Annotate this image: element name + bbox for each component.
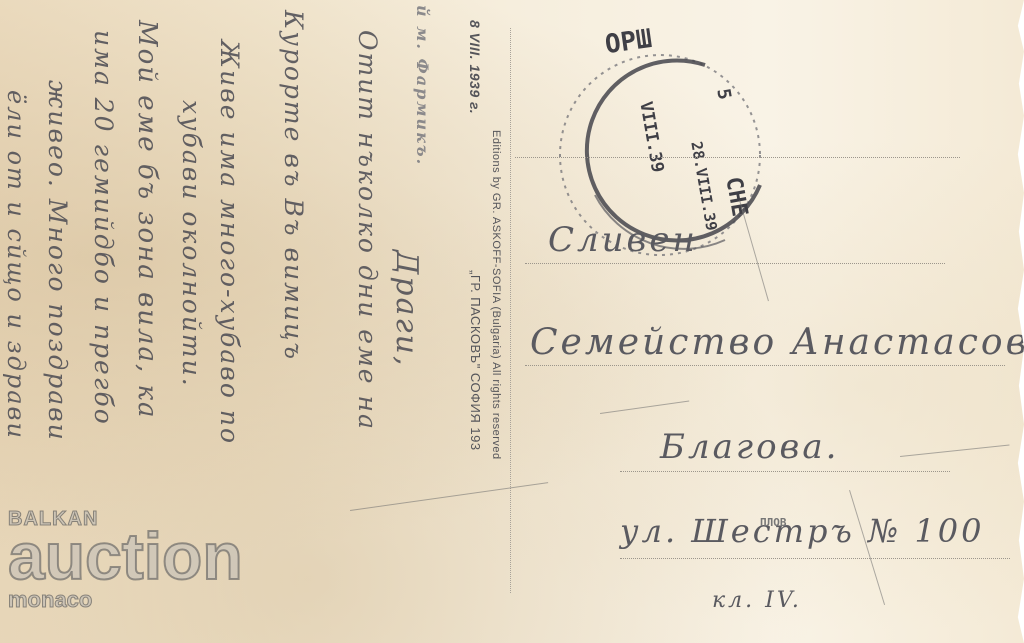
address-rule: [515, 157, 960, 158]
pencil-stroke: [350, 482, 548, 511]
address-rule: [525, 365, 1005, 366]
address-rule: [620, 558, 1010, 559]
message-line: ёли от и сйщо и здрави: [2, 90, 30, 440]
address-apartment: кл. IV.: [712, 588, 802, 613]
card-divider: [510, 28, 511, 593]
message-line: има 20 гемийдбо и прегбо: [89, 30, 118, 426]
message-line: Курорте въ Въ вимицъ: [279, 10, 308, 361]
address-stamp-fragment: ПЛОВ: [760, 516, 787, 529]
postcard-back: ёли от и сйщо и здрави живео. Много позд…: [0, 0, 1024, 643]
publisher-imprint-line-1: „ГР. ПАСКОВЪ" СОФИЯ 193: [468, 270, 483, 451]
address-rule: [620, 471, 950, 472]
address-recipient: Семейство Анастасови: [530, 322, 1024, 363]
address-street: ул. Шестръ № 100: [620, 512, 985, 550]
address-name-line: Благова.: [660, 427, 839, 467]
message-line: Живе има много-хубаво по: [215, 40, 244, 445]
pencil-stroke: [600, 400, 689, 414]
address-city: Сливен: [548, 220, 698, 260]
publisher-imprint-line-2: Editions by GR. ASKOFF-SOFIA (Bulgaria) …: [490, 130, 502, 460]
address-rule: [525, 263, 945, 264]
message-line: хубави околнойти.: [177, 100, 206, 388]
message-line: Мой еме бъ зона вила, ка: [132, 20, 162, 420]
watermark-auction: auction: [8, 527, 243, 585]
message-line-signature-note: й м. Фармикъ.: [413, 5, 432, 166]
watermark-balkan: BALKAN: [8, 508, 243, 531]
message-line: Драги,: [389, 250, 424, 368]
message-line: живео. Много поздрави: [43, 80, 72, 442]
watermark-monaco: monaco: [8, 587, 243, 613]
auction-watermark: BALKAN auction monaco: [8, 508, 243, 613]
message-line: Отит нъколко дни еме на: [353, 30, 382, 431]
pencil-stroke: [900, 445, 1010, 457]
publisher-imprint-date: 8 VIII. 1939 г.: [467, 20, 483, 114]
